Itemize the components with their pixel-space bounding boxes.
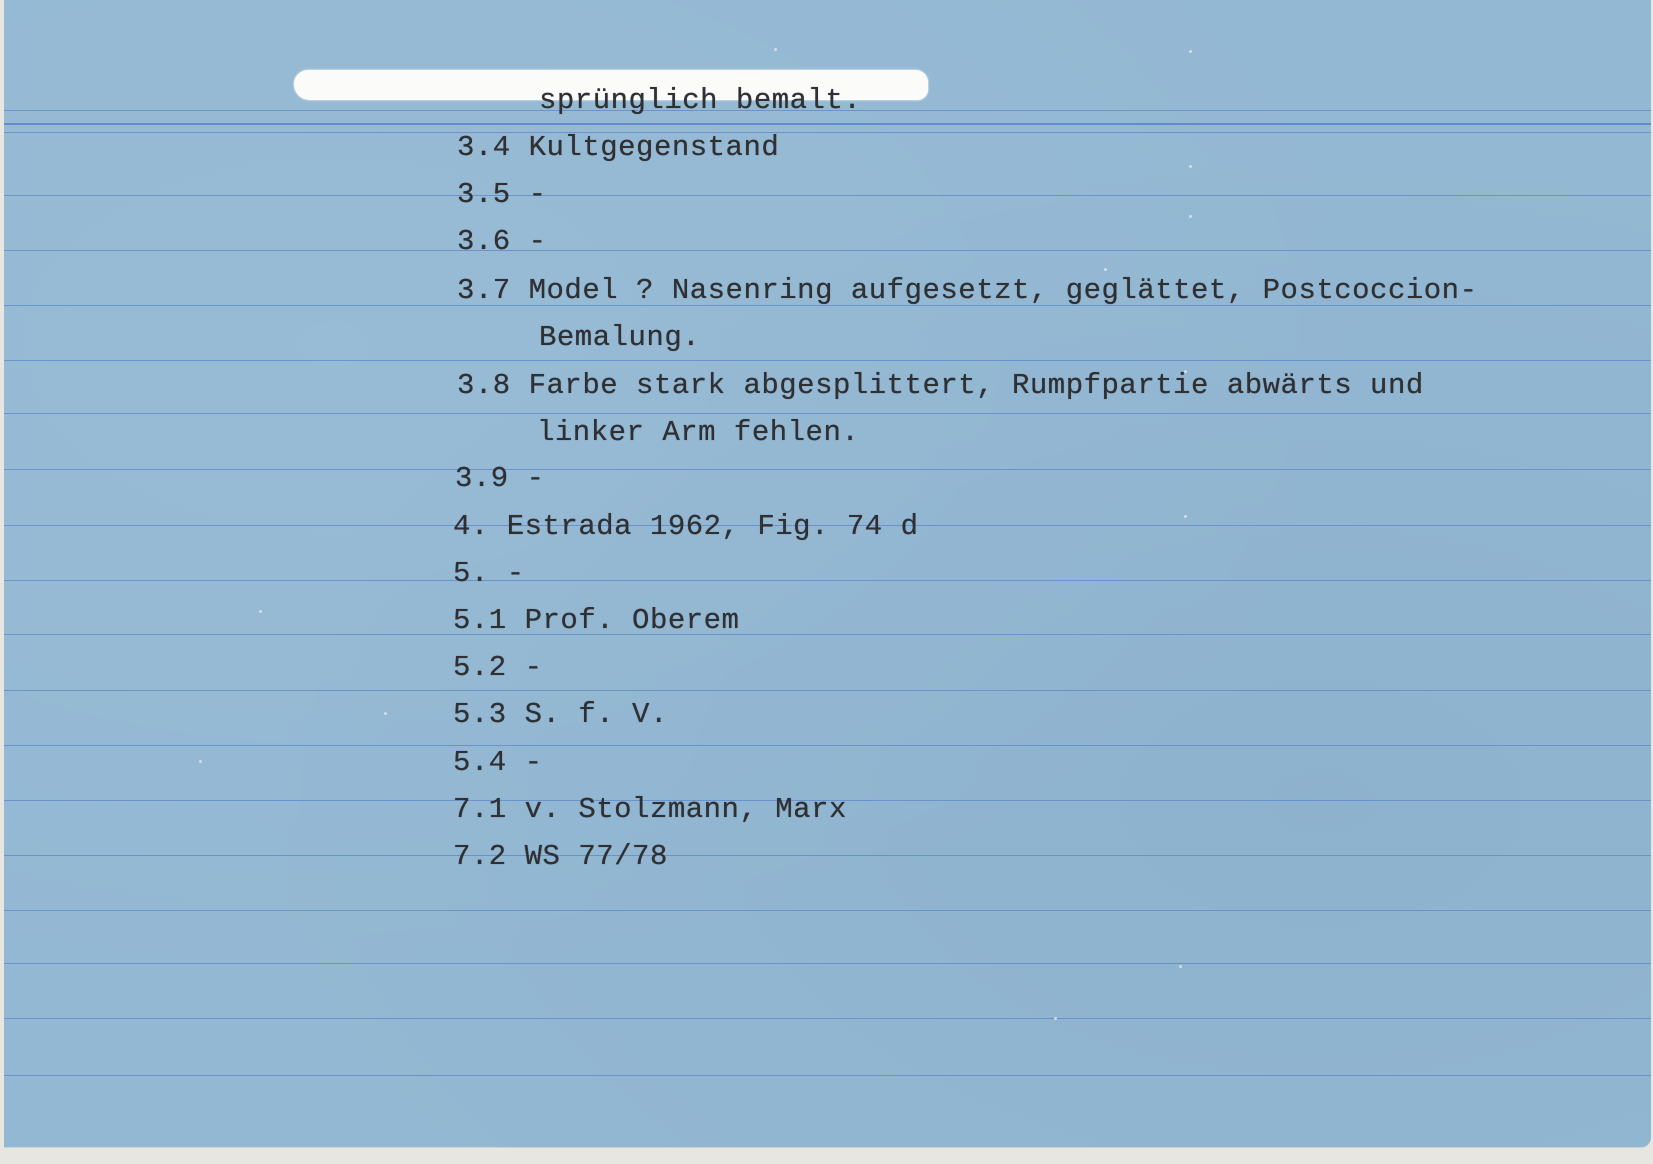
- typed-line: 3.7 Model ? Nasenring aufgesetzt, geglät…: [457, 274, 1477, 307]
- typed-line: 5.3 S. f. V.: [453, 698, 668, 731]
- typed-line: 3.8 Farbe stark abgesplittert, Rumpfpart…: [457, 369, 1424, 402]
- ruled-line: [4, 580, 1651, 581]
- ruled-line: [4, 690, 1651, 691]
- ruled-line: [4, 634, 1651, 635]
- typed-line: 5.4 -: [453, 746, 543, 779]
- ruled-line: [4, 855, 1651, 856]
- typed-line: 4. Estrada 1962, Fig. 74 d: [453, 510, 918, 543]
- typed-line: 3.6 -: [457, 225, 547, 258]
- typed-line: 3.4 Kultgegenstand: [457, 131, 779, 164]
- typed-line: 5.2 -: [453, 651, 543, 684]
- ruled-line: [4, 1075, 1651, 1076]
- typed-line: Bemalung.: [539, 321, 700, 354]
- ruled-line: [4, 745, 1651, 746]
- ruled-line: [4, 132, 1651, 133]
- ruled-line: [4, 1018, 1651, 1019]
- index-card: sprünglich bemalt. 3.4 Kultgegenstand 3.…: [4, 0, 1651, 1147]
- ruled-line: [4, 250, 1651, 251]
- typed-line: linker Arm fehlen.: [537, 416, 859, 449]
- ruled-line-header: [4, 123, 1651, 125]
- ruled-line: [4, 963, 1651, 964]
- typed-line: 7.2 WS 77/78: [453, 840, 668, 873]
- typed-line: 3.5 -: [457, 178, 547, 211]
- typed-line: sprünglich bemalt.: [539, 84, 861, 117]
- ruled-line: [4, 469, 1651, 470]
- typed-line: 3.9 -: [455, 462, 545, 495]
- ruled-line: [4, 910, 1651, 911]
- ruled-line: [4, 195, 1651, 196]
- ruled-line: [4, 360, 1651, 361]
- typed-line: 7.1 v. Stolzmann, Marx: [453, 793, 847, 826]
- typed-line: 5. -: [453, 557, 525, 590]
- ruled-line: [4, 413, 1651, 414]
- typed-line: 5.1 Prof. Oberem: [453, 604, 739, 637]
